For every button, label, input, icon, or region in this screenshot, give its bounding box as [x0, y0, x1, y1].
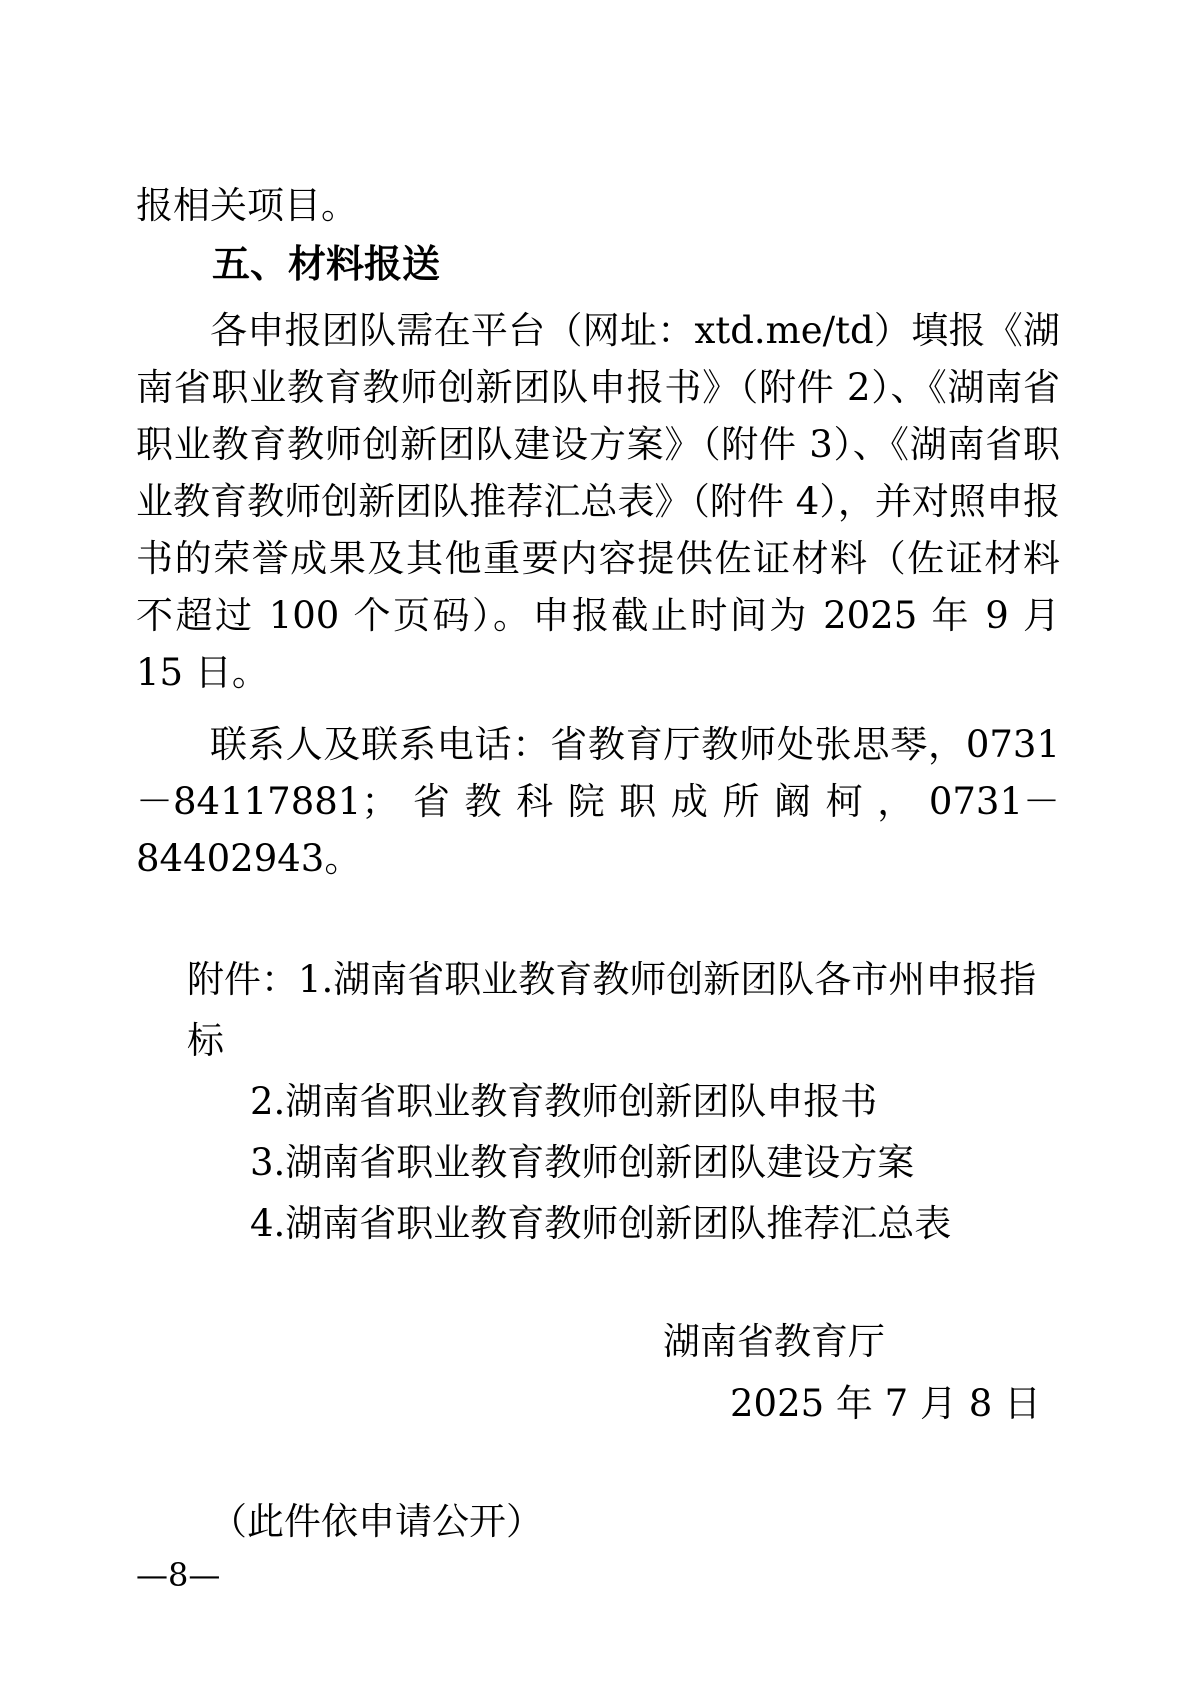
attachments-list: 附件：1.湖南省职业教育教师创新团队各市州申报指标 2.湖南省职业教育教师创新团…	[136, 949, 1060, 1254]
disclosure-note: （此件依申请公开）	[136, 1493, 1060, 1550]
attachment-item-3: 3.湖南省职业教育教师创新团队建设方案	[250, 1132, 1060, 1193]
document-body: 报相关项目。 五、材料报送 各申报团队需在平台（网址：xtd.me/td）填报《…	[136, 177, 1060, 1550]
issue-date: 2025 年 7 月 8 日	[730, 1373, 1060, 1435]
paragraph-continuation: 报相关项目。	[136, 177, 1060, 234]
page-number: —8—	[136, 1557, 220, 1593]
attachment-item-1: 1.湖南省职业教育教师创新团队各市州申报指标	[187, 958, 1036, 1062]
issuer-name: 湖南省教育厅	[663, 1311, 1060, 1373]
paragraph-contact-info: 联系人及联系电话：省教育厅教师处张思琴，0731－84117881；省教科院职成…	[136, 716, 1060, 887]
attachments-label: 附件：	[187, 958, 298, 1001]
section-heading-materials-submission: 五、材料报送	[136, 237, 1060, 294]
paragraph-platform-submission: 各申报团队需在平台（网址：xtd.me/td）填报《湖南省职业教育教师创新团队申…	[136, 302, 1060, 701]
attachment-item-4: 4.湖南省职业教育教师创新团队推荐汇总表	[250, 1193, 1060, 1254]
attachment-item-2: 2.湖南省职业教育教师创新团队申报书	[250, 1071, 1060, 1132]
signature-block: 湖南省教育厅 2025 年 7 月 8 日	[136, 1311, 1060, 1435]
attachment-line-1: 附件：1.湖南省职业教育教师创新团队各市州申报指标	[187, 949, 1060, 1071]
document-page: 报相关项目。 五、材料报送 各申报团队需在平台（网址：xtd.me/td）填报《…	[0, 0, 1191, 1684]
